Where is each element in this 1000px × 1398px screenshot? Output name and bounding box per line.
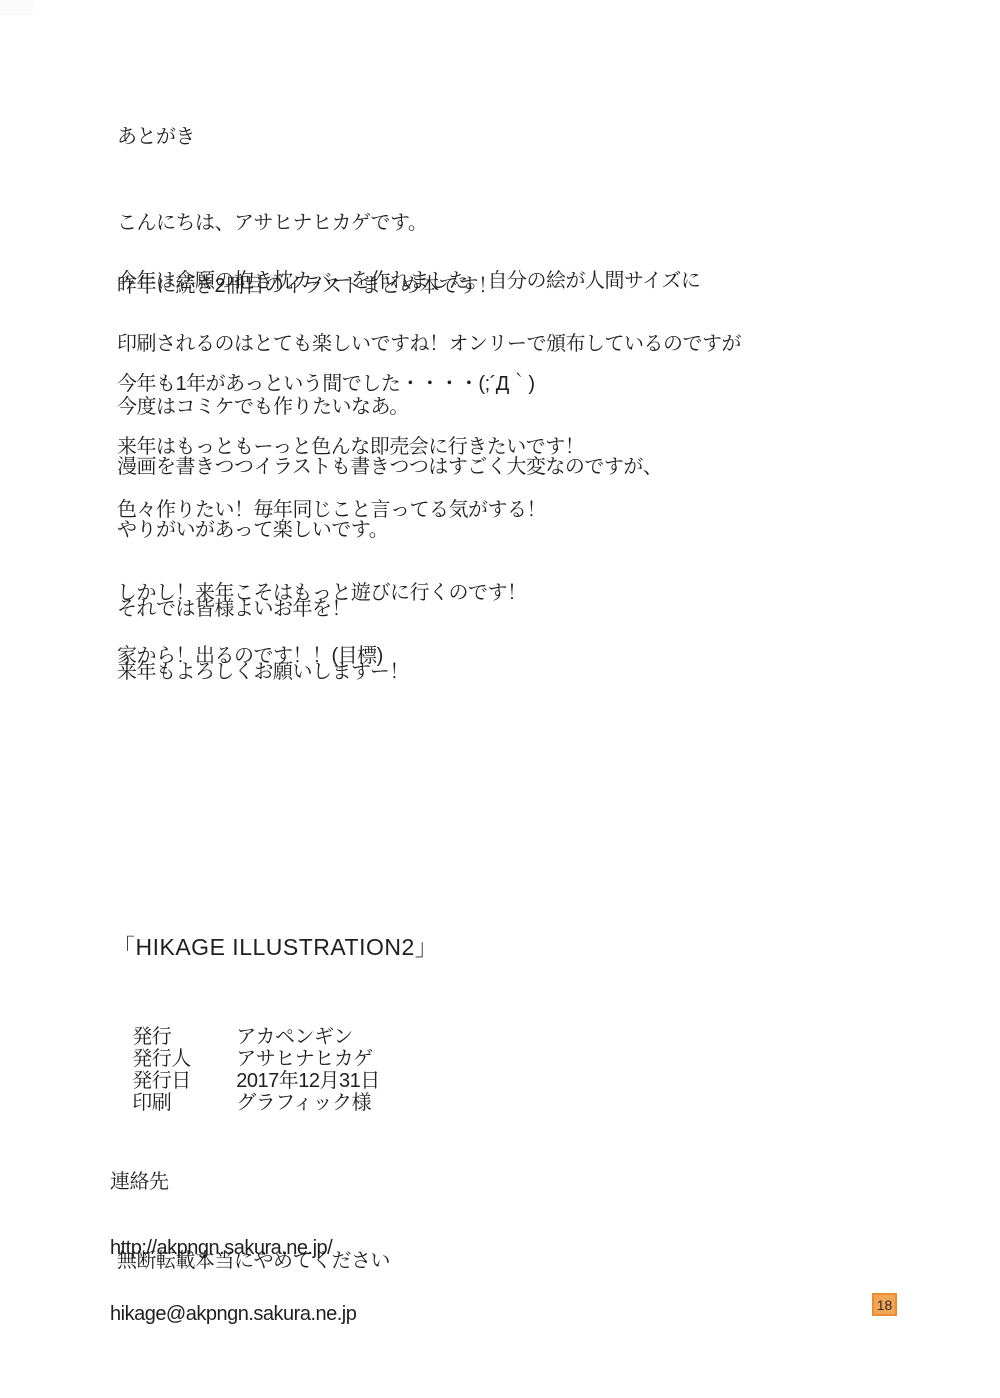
afterword-heading: あとがき [117, 127, 195, 148]
book-title: 「HIKAGE ILLUSTRATION2」 [112, 935, 438, 960]
scan-artifact [0, 0, 33, 15]
contact-email: hikage@akpngn.sakura.ne.jp [110, 1303, 356, 1325]
colophon-label: 印刷 [132, 1092, 236, 1114]
document-page: あとがき こんにちは、アサヒナヒカゲです。 昨年に続き2冊目のイラストまとめ本で… [0, 0, 1000, 1398]
page-number-badge: 18 [872, 1293, 897, 1316]
text-line: 漫画を書きつつイラストも書きつつはすごく大変なのですが、 [117, 457, 662, 478]
text-line: やりがいがあって楽しいです。 [117, 520, 662, 541]
text-line: 今年も1年があっという間でした・・・・(;´Д｀) [117, 374, 584, 395]
colophon-value: グラフィック様 [236, 1092, 371, 1114]
page-number: 18 [877, 1298, 893, 1312]
no-reprint-notice: 無断転載本当にやめてください [117, 1251, 390, 1272]
afterword-paragraph-closing: それでは皆様よいお年を！ 来年もよろしくお願いしますー！ [117, 557, 409, 725]
text-line: それでは皆様よいお年を！ [117, 599, 409, 620]
contact-block: 連絡先 http://akpngn.sakura.ne.jp/ hikage@a… [110, 1127, 356, 1369]
text-line: 今年は念願の抱き枕カバーを作れました。自分の絵が人間サイズに [117, 271, 741, 292]
contact-heading: 連絡先 [110, 1171, 356, 1193]
text-line: 来年もよろしくお願いしますー！ [117, 662, 409, 683]
